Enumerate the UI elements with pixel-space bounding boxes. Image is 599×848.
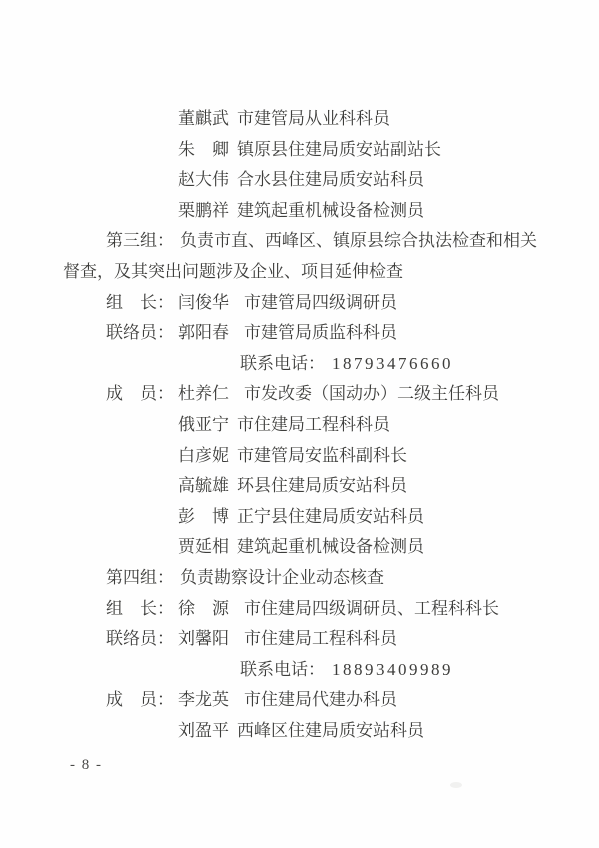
member-title: 市建管局从业科科员 (237, 104, 390, 135)
group-heading-continuation-row: 督查，及其突出问题涉及企业、项目延伸检查 (0, 257, 599, 288)
group-label: 第三组： (106, 226, 174, 257)
group-heading-row: 第三组： 负责市直、西峰区、镇原县综合执法检查和相关 (0, 226, 599, 257)
member-title: 市建管局安监科副科长 (237, 441, 407, 472)
role-row: 成 员： 李龙英 市住建局代建办科员 (0, 685, 599, 716)
role-name: 闫俊华 (178, 288, 229, 319)
role-label: 成 员： (106, 685, 174, 716)
phone-row: 联系电话：18793476660 (0, 349, 599, 380)
role-title: 市建管局四级调研员 (244, 288, 397, 319)
role-title: 市建管局质监科科员 (244, 318, 397, 349)
role-name: 徐 源 (178, 594, 229, 625)
member-row: 朱 卿 镇原县住建局质安站副站长 (0, 135, 599, 166)
role-row: 联络员： 刘馨阳 市住建局工程科科员 (0, 624, 599, 655)
member-title: 镇原县住建局质安站副站长 (237, 135, 441, 166)
role-title: 市住建局工程科科员 (244, 624, 397, 655)
member-row: 高毓雄 环县住建局质安站科员 (0, 471, 599, 502)
member-name: 刘盈平 (178, 716, 229, 747)
role-label: 组 长： (106, 288, 174, 319)
member-name: 朱 卿 (178, 135, 229, 166)
role-row: 联络员： 郭阳春 市建管局质监科科员 (0, 318, 599, 349)
member-name: 白彦妮 (178, 441, 229, 472)
role-label: 联络员： (106, 318, 174, 349)
group-text: 负责市直、西峰区、镇原县综合执法检查和相关 (180, 226, 537, 257)
phone-label: 联系电话： (240, 660, 325, 679)
member-row: 彭 博 正宁县住建局质安站科员 (0, 502, 599, 533)
role-title: 市发改委（国动办）二级主任科员 (244, 379, 499, 410)
role-name: 郭阳春 (178, 318, 229, 349)
member-row: 刘盈平 西峰区住建局质安站科员 (0, 716, 599, 747)
member-name: 栗鹏祥 (178, 196, 229, 227)
member-row: 俄亚宁 市住建局工程科科员 (0, 410, 599, 441)
role-row: 组 长： 闫俊华 市建管局四级调研员 (0, 288, 599, 319)
document-content: 董麒武 市建管局从业科科员 朱 卿 镇原县住建局质安站副站长 赵大伟 合水县住建… (0, 104, 599, 746)
role-title: 市住建局代建办科员 (244, 685, 397, 716)
role-name: 刘馨阳 (178, 624, 229, 655)
member-name: 高毓雄 (178, 471, 229, 502)
role-title: 市住建局四级调研员、工程科科长 (244, 594, 499, 625)
member-name: 赵大伟 (178, 165, 229, 196)
member-name: 俄亚宁 (178, 410, 229, 441)
phone-number: 18793476660 (325, 354, 453, 373)
role-label: 组 长： (106, 594, 174, 625)
phone-number: 18893409989 (325, 660, 453, 679)
member-name: 董麒武 (178, 104, 229, 135)
member-title: 市住建局工程科科员 (237, 410, 390, 441)
phone-label: 联系电话： (240, 354, 325, 373)
member-row: 赵大伟 合水县住建局质安站科员 (0, 165, 599, 196)
scan-artifact-spot (450, 782, 462, 788)
role-label: 联络员： (106, 624, 174, 655)
document-page: 董麒武 市建管局从业科科员 朱 卿 镇原县住建局质安站副站长 赵大伟 合水县住建… (0, 0, 599, 848)
page-number: - 8 - (70, 752, 103, 778)
phone-line: 联系电话：18893409989 (240, 655, 453, 686)
group-text-continuation: 督查，及其突出问题涉及企业、项目延伸检查 (63, 257, 403, 288)
member-title: 正宁县住建局质安站科员 (237, 502, 424, 533)
member-title: 环县住建局质安站科员 (237, 471, 407, 502)
member-title: 合水县住建局质安站科员 (237, 165, 424, 196)
member-title: 西峰区住建局质安站科员 (237, 716, 424, 747)
member-row: 贾延相 建筑起重机械设备检测员 (0, 532, 599, 563)
role-row: 组 长： 徐 源 市住建局四级调研员、工程科科长 (0, 594, 599, 625)
group-heading-row: 第四组： 负责勘察设计企业动态核查 (0, 563, 599, 594)
role-name: 杜养仁 (178, 379, 229, 410)
member-title: 建筑起重机械设备检测员 (237, 532, 424, 563)
role-label: 成 员： (106, 379, 174, 410)
role-name: 李龙英 (178, 685, 229, 716)
member-name: 贾延相 (178, 532, 229, 563)
member-name: 彭 博 (178, 502, 229, 533)
member-row: 董麒武 市建管局从业科科员 (0, 104, 599, 135)
group-label: 第四组： (106, 563, 174, 594)
phone-line: 联系电话：18793476660 (240, 349, 453, 380)
phone-row: 联系电话：18893409989 (0, 655, 599, 686)
member-row: 栗鹏祥 建筑起重机械设备检测员 (0, 196, 599, 227)
group-text: 负责勘察设计企业动态核查 (180, 563, 384, 594)
member-title: 建筑起重机械设备检测员 (237, 196, 424, 227)
role-row: 成 员： 杜养仁 市发改委（国动办）二级主任科员 (0, 379, 599, 410)
member-row: 白彦妮 市建管局安监科副科长 (0, 441, 599, 472)
